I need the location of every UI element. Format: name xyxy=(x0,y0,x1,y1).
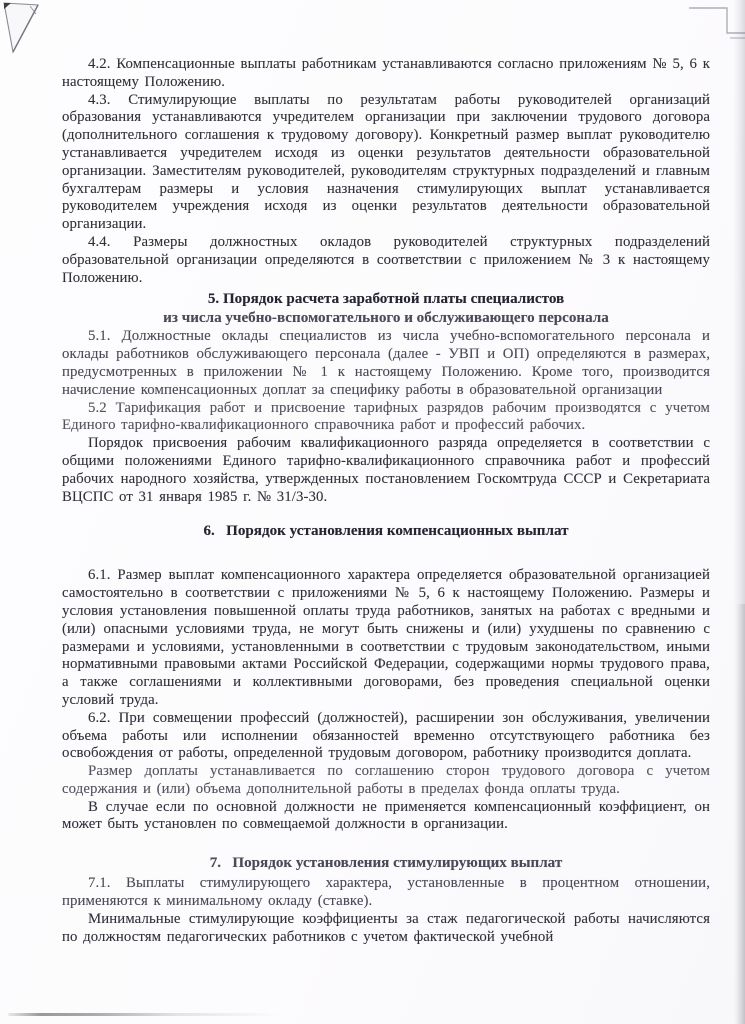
document-text: 4.2. Компенсационные выплаты работникам … xyxy=(62,56,710,946)
section-7-heading: 7. Порядок установления стимулирующих вы… xyxy=(62,854,710,873)
paragraph-6-unnumbered-2: В случае если по основной должности не п… xyxy=(62,799,710,835)
section-5-heading-line-2: из числа учебно-вспомогательного и обслу… xyxy=(62,309,710,328)
paragraph-7-unnumbered: Минимальные стимулирующие коэффициенты з… xyxy=(62,911,710,947)
scan-shadow-right-edge xyxy=(733,0,745,1024)
scan-shadow-right-edge-lower xyxy=(736,604,745,1024)
paragraph-6-1: 6.1. Размер выплат компенсационного хара… xyxy=(62,567,710,709)
paragraph-4-2: 4.2. Компенсационные выплаты работникам … xyxy=(62,56,710,92)
scan-smudge-bottom-left xyxy=(8,1013,278,1016)
paragraph-7-1: 7.1. Выплаты стимулирующего характера, у… xyxy=(62,875,710,911)
paragraph-5-1: 5.1. Должностные оклады специалистов из … xyxy=(62,328,710,399)
paragraph-4-4: 4.4. Размеры должностных окладов руковод… xyxy=(62,234,710,287)
scanned-document-page: 4.2. Компенсационные выплаты работникам … xyxy=(0,0,745,1024)
page-corner-fold-artifact xyxy=(0,0,60,64)
paragraph-6-2: 6.2. При совмещении профессий (должносте… xyxy=(62,710,710,763)
scan-edge-mark-top-right xyxy=(687,0,745,46)
section-6-heading: 6. Порядок установления компенсационных … xyxy=(62,522,710,541)
paragraph-5-2: 5.2 Тарификация работ и присвоение тариф… xyxy=(62,400,710,436)
paragraph-5-unnumbered: Порядок присвоения рабочим квалификацион… xyxy=(62,435,710,506)
section-5-heading-line-1: 5. Порядок расчета заработной платы спец… xyxy=(62,290,710,309)
paragraph-6-unnumbered-1: Размер доплаты устанавливается по соглаш… xyxy=(62,763,710,799)
paragraph-4-3: 4.3. Стимулирующие выплаты по результата… xyxy=(62,92,710,234)
